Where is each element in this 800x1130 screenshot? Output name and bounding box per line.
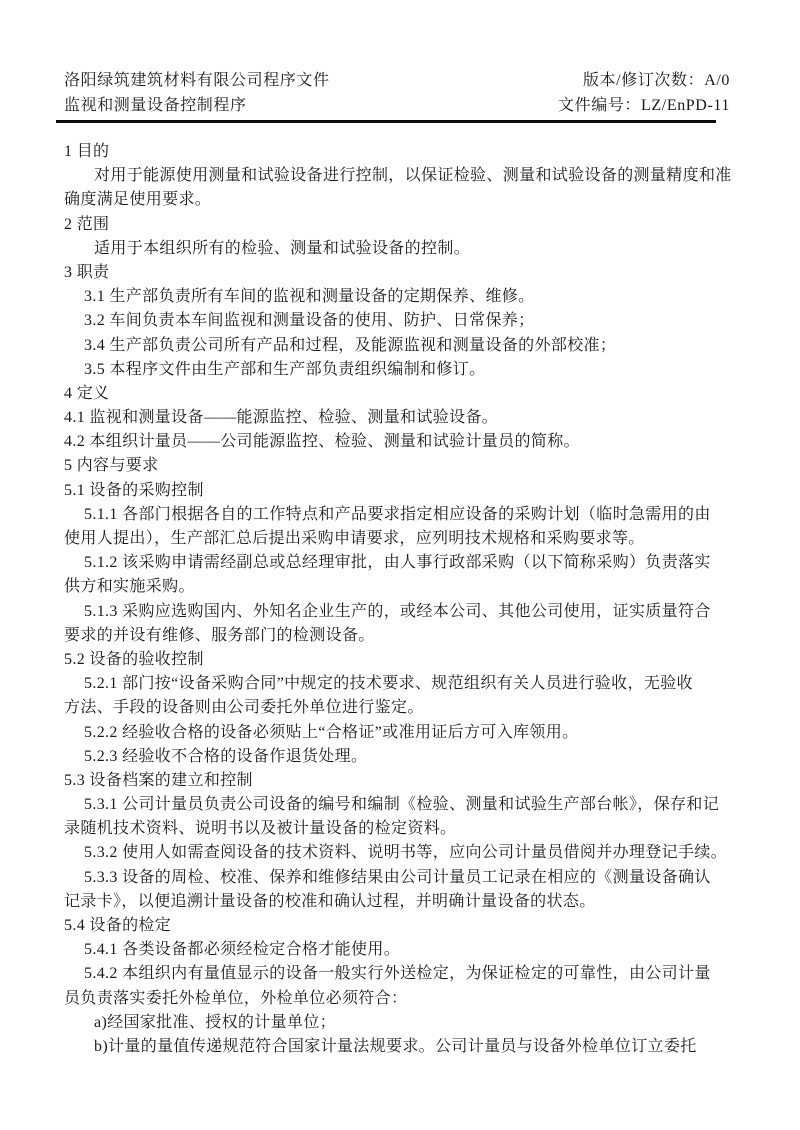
document-header: 洛阳绿筑建筑材料有限公司程序文件 监视和测量设备控制程序 版本/修订次数：A/0… <box>64 68 730 118</box>
document-page: 洛阳绿筑建筑材料有限公司程序文件 监视和测量设备控制程序 版本/修订次数：A/0… <box>0 0 800 1130</box>
text-line: 5.3 设备档案的建立和控制 <box>64 769 770 793</box>
text-line: 3.1 生产部负责所有车间的监视和测量设备的定期保养、维修。 <box>64 285 770 309</box>
text-line: 3.4 生产部负责公司所有产品和过程，及能源监视和测量设备的外部校准； <box>64 334 770 358</box>
text-line: 3.2 车间负责本车间监视和测量设备的使用、防护、日常保养； <box>64 309 770 333</box>
text-line: 5.3.3 设备的周检、校准、保养和维修结果由公司计量员工记录在相应的《测量设备… <box>64 866 770 890</box>
text-line: 方法、手段的设备则由公司委托外单位进行鉴定。 <box>64 696 770 720</box>
text-line: 5.4 设备的检定 <box>64 914 770 938</box>
text-line: 确度满足使用要求。 <box>64 188 770 212</box>
text-line: 5.3.1 公司计量员负责公司设备的编号和编制《检验、测量和试验生产部台帐》，保… <box>64 793 770 817</box>
text-line: 5.4.1 各类设备都必须经检定合格才能使用。 <box>64 938 770 962</box>
text-line: 1 目的 <box>64 140 770 164</box>
text-line: 记录卡》，以便追溯计量设备的校准和确认过程，并明确计量设备的状态。 <box>64 890 770 914</box>
text-line: 5.1.2 该采购申请需经副总或总经理审批，由人事行政部采购（以下简称采购）负责… <box>64 551 770 575</box>
text-line: 适用于本组织所有的检验、测量和试验设备的控制。 <box>64 237 770 261</box>
text-line: 对用于能源使用测量和试验设备进行控制，以保证检验、测量和试验设备的测量精度和准 <box>64 164 770 188</box>
text-line: 5.2.2 经验收合格的设备必须贴上“合格证”或准用证后方可入库领用。 <box>64 721 770 745</box>
text-line: 供方和实施采购。 <box>64 575 770 599</box>
header-right: 版本/修订次数：A/0 文件编号：LZ/EnPD-11 <box>558 68 730 118</box>
document-title: 监视和测量设备控制程序 <box>64 93 330 118</box>
text-line: 5.2.1 部门按“设备采购合同”中规定的技术要求、规范组织有关人员进行验收，无… <box>64 672 770 696</box>
text-line: 4.2 本组织计量员——公司能源监控、检验、测量和试验计量员的简称。 <box>64 430 770 454</box>
text-line: b)计量的量值传递规范符合国家计量法规要求。公司计量员与设备外检单位订立委托 <box>64 1035 770 1059</box>
text-line: 5.1.3 采购应选购国内、外知名企业生产的，或经本公司、其他公司使用，证实质量… <box>64 600 770 624</box>
text-line: 3 职责 <box>64 261 770 285</box>
text-line: a)经国家批准、授权的计量单位； <box>64 1011 770 1035</box>
text-line: 要求的并设有维修、服务部门的检测设备。 <box>64 624 770 648</box>
text-line: 5.2 设备的验收控制 <box>64 648 770 672</box>
text-line: 3.5 本程序文件由生产部和生产部负责组织编制和修订。 <box>64 358 770 382</box>
document-number: 文件编号：LZ/EnPD-11 <box>558 93 730 118</box>
text-line: 4.1 监视和测量设备——能源监控、检验、测量和试验设备。 <box>64 406 770 430</box>
text-line: 4 定义 <box>64 382 770 406</box>
text-line: 录随机技术资料、说明书以及被计量设备的检定资料。 <box>64 817 770 841</box>
text-line: 5.2.3 经验收不合格的设备作退货处理。 <box>64 745 770 769</box>
text-line: 使用人提出），生产部汇总后提出采购申请要求，应列明技术规格和采购要求等。 <box>64 527 770 551</box>
text-line: 5.4.2 本组织内有量值显示的设备一般实行外送检定，为保证检定的可靠性，由公司… <box>64 962 770 986</box>
text-line: 2 范围 <box>64 213 770 237</box>
header-divider-rule <box>56 120 716 123</box>
text-line: 员负责落实委托外检单位，外检单位必须符合： <box>64 987 770 1011</box>
text-line: 5.1 设备的采购控制 <box>64 479 770 503</box>
version-revision: 版本/修订次数：A/0 <box>558 68 730 93</box>
company-name: 洛阳绿筑建筑材料有限公司程序文件 <box>64 68 330 93</box>
text-line: 5.1.1 各部门根据各自的工作特点和产品要求指定相应设备的采购计划（临时急需用… <box>64 503 770 527</box>
text-line: 5.3.2 使用人如需查阅设备的技术资料、说明书等，应向公司计量员借阅并办理登记… <box>64 841 770 865</box>
text-line: 5 内容与要求 <box>64 454 770 478</box>
header-left: 洛阳绿筑建筑材料有限公司程序文件 监视和测量设备控制程序 <box>64 68 330 118</box>
document-body: 1 目的对用于能源使用测量和试验设备进行控制，以保证检验、测量和试验设备的测量精… <box>64 140 770 1059</box>
